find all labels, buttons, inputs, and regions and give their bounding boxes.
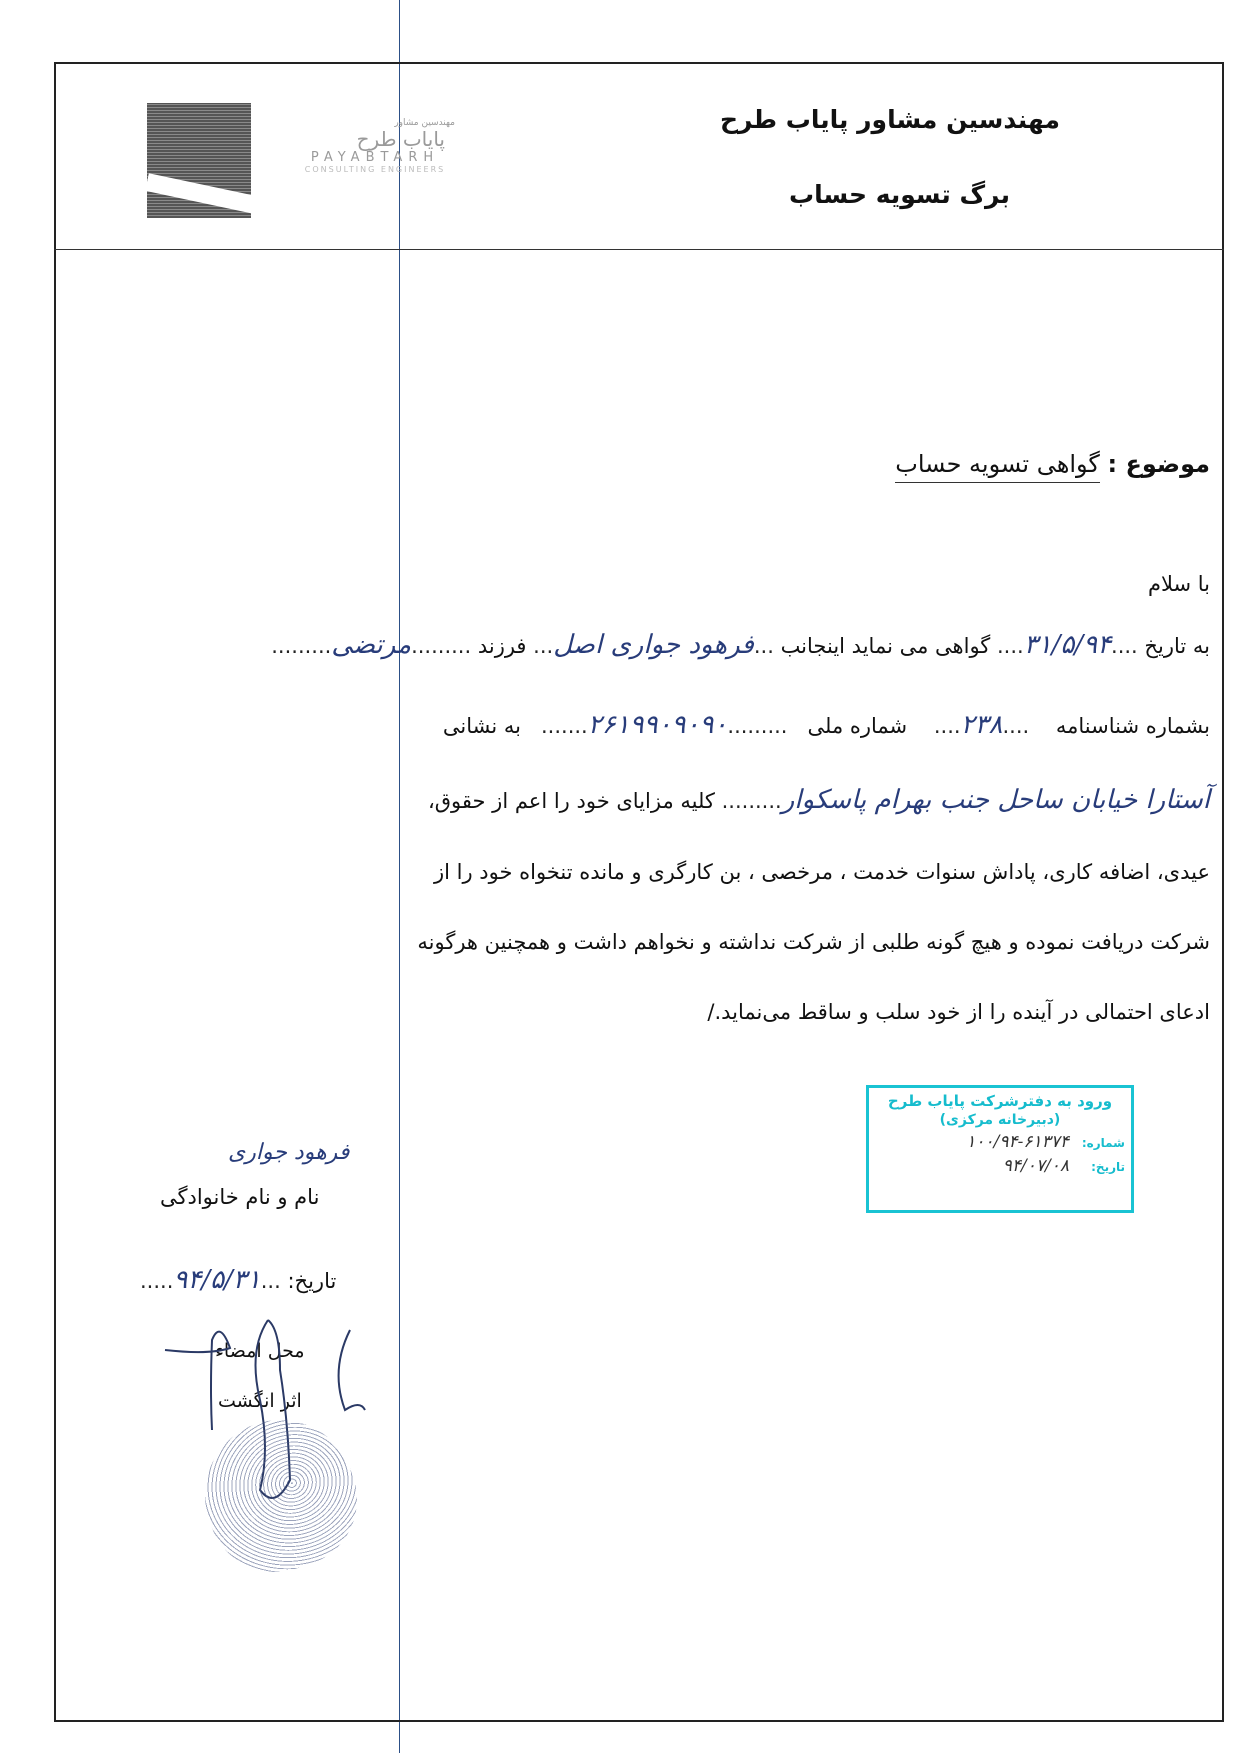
certify-text: گواهی می نماید اینجانب (781, 634, 991, 658)
national-id-label: شماره ملی (808, 714, 908, 738)
subject-line: موضوع : گواهی تسویه حساب (895, 450, 1210, 478)
body-line-3: آستارا خیابان ساحل جنب بهرام پاسکوار....… (140, 785, 1210, 815)
date-prefix: به تاریخ (1144, 634, 1210, 658)
stamp-title: ورود به دفترشرکت پایاب طرح (869, 1092, 1131, 1110)
signature-date: تاریخ: ...۹۴/۵/۳۱..... (140, 1265, 336, 1295)
address-label: به نشانی (443, 714, 521, 738)
stamp-number-label: شماره: (1081, 1136, 1125, 1150)
benefits-text: کلیه مزایای خود را اعم از حقوق، (428, 789, 715, 813)
subject-value: گواهی تسویه حساب (895, 450, 1100, 483)
filled-full-name: فرهود جواری اصل (553, 630, 754, 660)
signature-date-label: تاریخ: (287, 1269, 336, 1293)
subject-label: موضوع : (1108, 450, 1211, 478)
stamp-date-value: ۹۴/۰۷/۰۸ (1003, 1156, 1069, 1176)
filled-address: آستارا خیابان ساحل جنب بهرام پاسکوار (782, 785, 1210, 815)
body-line-5: شرکت دریافت نموده و هیچ گونه طلبی از شرک… (140, 930, 1210, 954)
child-of-label: فرزند (478, 634, 527, 658)
signer-name-label: نام و نام خانوادگی (160, 1185, 319, 1209)
company-name: مهندسین مشاور پایاب طرح (720, 105, 1060, 134)
stamp-number-row: شماره: ۱۰۰/۹۴-۶۱۳۷۴ (869, 1132, 1131, 1152)
filled-id-number: ۲۳۸ (961, 710, 1003, 740)
signer-name-handwritten: فرهود جواری (228, 1140, 349, 1165)
company-logo-icon (147, 103, 251, 218)
stamp-subtitle: (دبیرخانه مرکزی) (869, 1112, 1131, 1128)
signature-date-value: ۹۴/۵/۳۱ (173, 1265, 260, 1295)
filled-date: ۳۱/۵/۹۴ (1024, 630, 1111, 660)
header-divider (54, 249, 1224, 250)
filled-national-id: ۲۶۱۹۹۰۹۰۹۰ (588, 710, 728, 740)
filled-father-name: مرتضی (331, 630, 411, 660)
form-title: برگ تسویه حساب (789, 180, 1010, 209)
body-line-4: عیدی، اضافه کاری، پاداش سنوات خدمت ، مرخ… (140, 860, 1210, 884)
body-line-1: به تاریخ ....۳۱/۵/۹۴.... گواهی می نماید … (140, 630, 1210, 660)
body-line-6: ادعای احتمالی در آینده را از خود سلب و س… (140, 1000, 1210, 1024)
logo-en-sub: CONSULTING ENGINEERS (265, 165, 485, 174)
stamp-number-value: ۱۰۰/۹۴-۶۱۳۷۴ (966, 1132, 1069, 1152)
logo-fa-name: پایاب طرح (265, 128, 485, 150)
company-logo-text: مهندسین مشاور پایاب طرح PAYABTARH CONSUL… (265, 118, 485, 174)
body-line-2: بشماره شناسنامه ....۲۳۸.... شماره ملی ..… (140, 710, 1210, 740)
logo-en-name: PAYABTARH (265, 150, 485, 165)
id-number-label: بشماره شناسنامه (1056, 714, 1210, 738)
greeting: با سلام (140, 572, 1210, 596)
registry-stamp: ورود به دفترشرکت پایاب طرح (دبیرخانه مرک… (866, 1085, 1134, 1213)
stamp-date-row: تاریخ: ۹۴/۰۷/۰۸ (869, 1156, 1131, 1176)
stamp-date-label: تاریخ: (1081, 1160, 1125, 1174)
